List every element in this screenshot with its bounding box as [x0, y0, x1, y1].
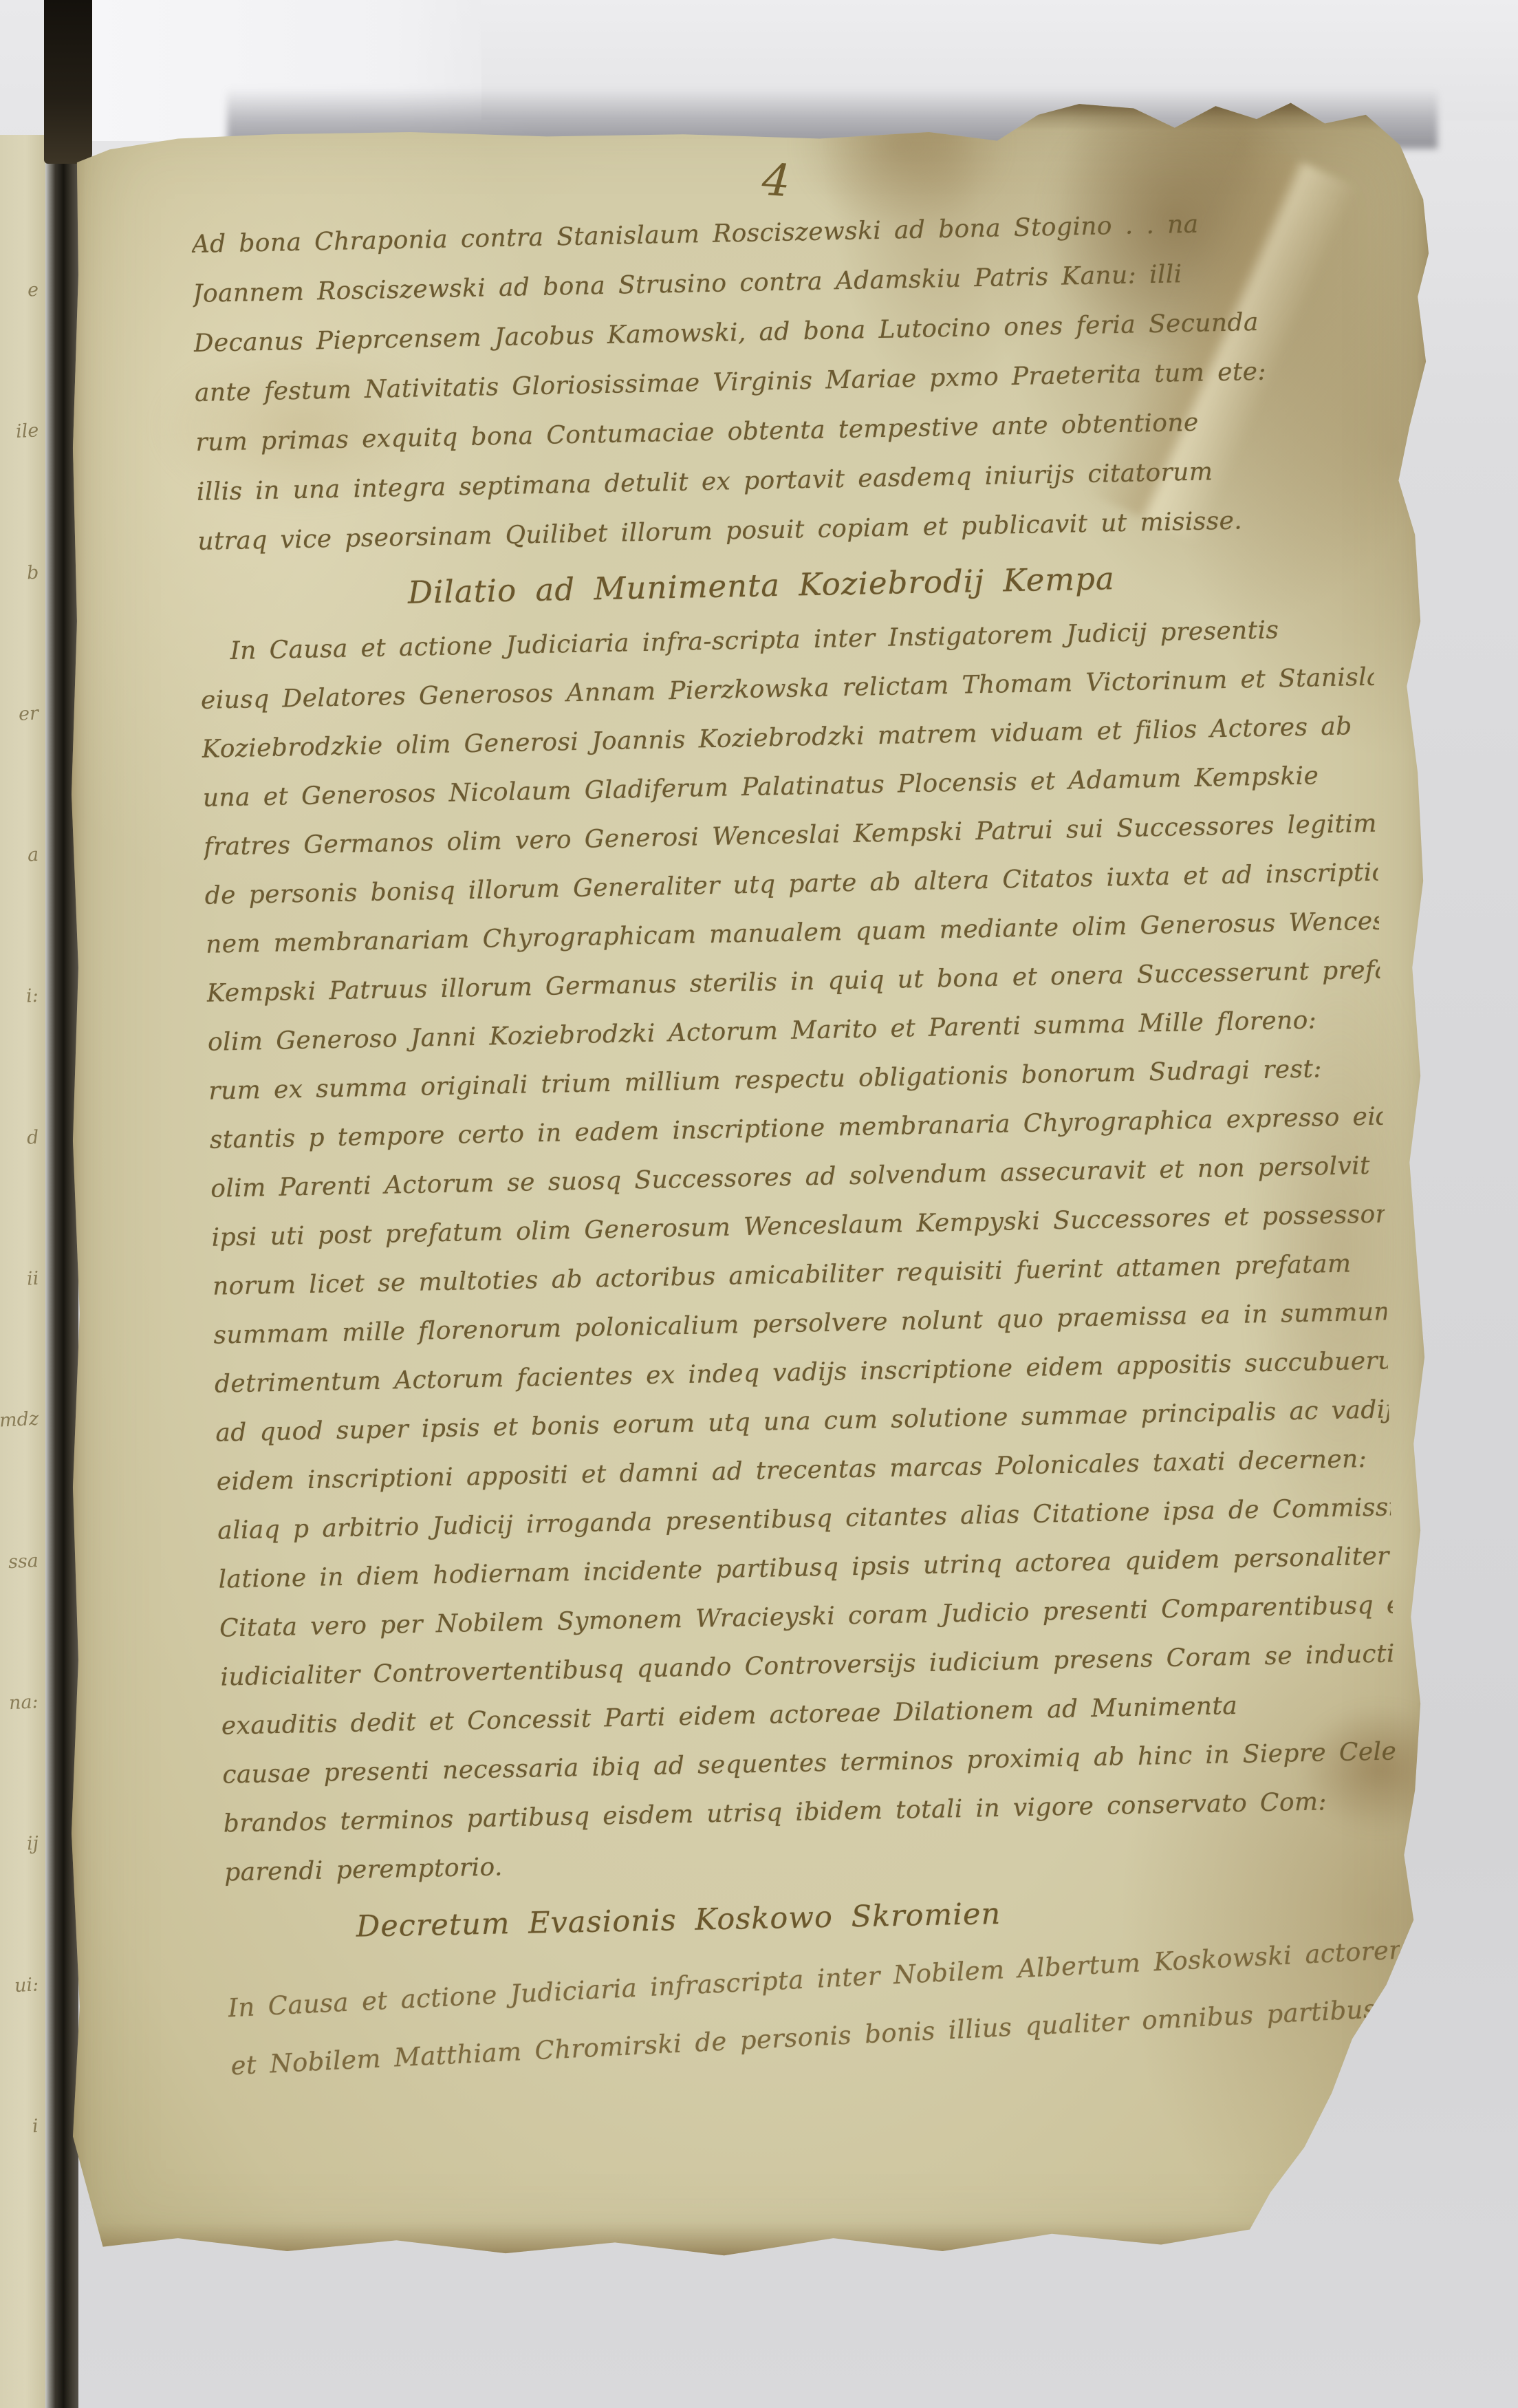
spine-top — [44, 0, 92, 164]
margin-fragment: a — [27, 844, 43, 866]
margin-fragment: mdz — [0, 1408, 43, 1432]
photo-of-manuscript: eileberai:diimdzssana:ijui:i 4 Ad bona C… — [0, 0, 1518, 2408]
margin-fragment: e — [27, 279, 43, 301]
margin-fragment: ile — [15, 420, 43, 442]
margin-fragment: er — [18, 702, 43, 725]
margin-fragment: d — [26, 1126, 43, 1148]
margin-fragment: ij — [26, 1833, 43, 1855]
margin-fragment: ssa — [8, 1549, 43, 1573]
handwritten-text-block: Ad bona Chraponia contra Stanislaum Rosc… — [191, 197, 1402, 2096]
margin-fragment: ii — [26, 1267, 43, 1289]
paragraph-summons: Ad bona Chraponia contra Stanislaum Rosc… — [191, 197, 1371, 567]
manuscript-page: 4 Ad bona Chraponia contra Stanislaum Ro… — [69, 102, 1434, 2266]
margin-text-fragments: eileberai:diimdzssana:ijui:i — [0, 279, 43, 2137]
facing-page-edge: eileberai:diimdzssana:ijui:i — [0, 135, 47, 2408]
book-gutter-clamp — [45, 0, 78, 2408]
margin-fragment: i: — [25, 985, 43, 1007]
margin-fragment: b — [26, 561, 43, 583]
paragraph-case-record: In Causa et actione Judiciaria infra-scr… — [199, 604, 1398, 1898]
margin-fragment: i — [32, 2115, 43, 2137]
margin-fragment: na: — [9, 1691, 43, 1714]
margin-fragment: ui: — [14, 1974, 43, 1997]
torn-bottom-edge — [69, 2222, 1434, 2266]
page-number: 4 — [760, 155, 792, 208]
